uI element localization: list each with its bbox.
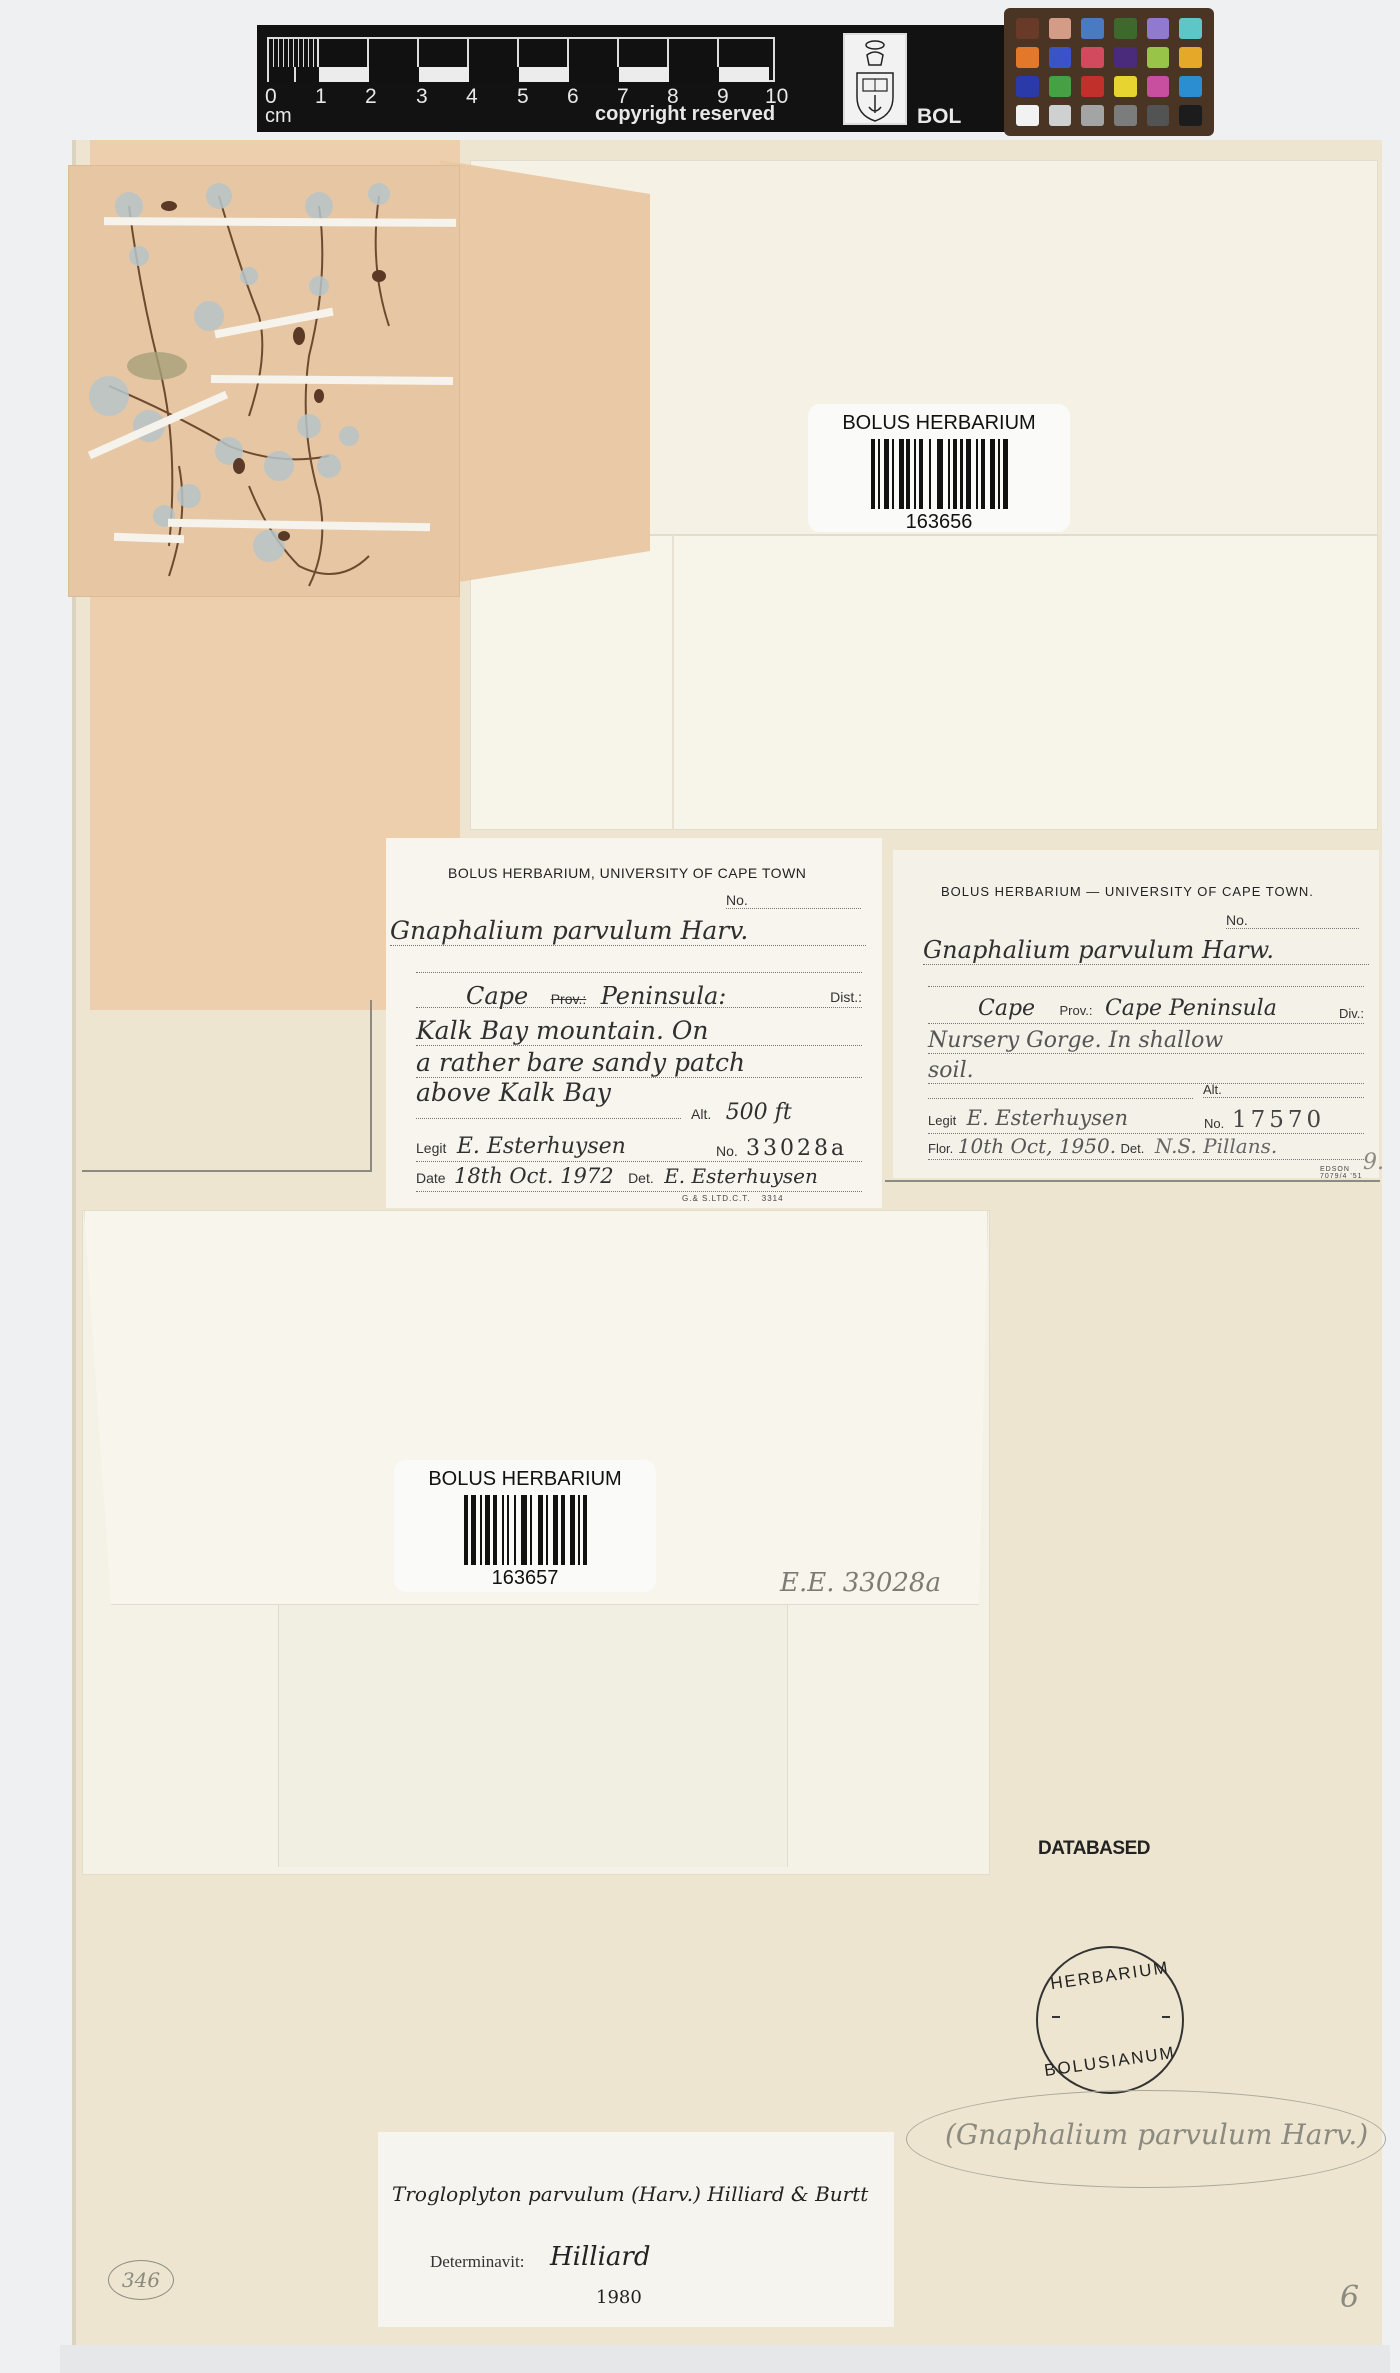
locality-line-2: soil. <box>928 1058 1364 1084</box>
determined-name: Trogloplyton parvulum (Harv.) Hilliard &… <box>392 2182 868 2206</box>
unit-label: cm <box>265 105 292 128</box>
blank-line <box>416 972 862 973</box>
color-swatch <box>1081 18 1104 39</box>
color-swatch <box>1081 47 1104 68</box>
databased-stamp: DATABASED <box>1038 1838 1150 1860</box>
color-swatch <box>1147 105 1170 126</box>
locality-line-1: Kalk Bay mountain. On <box>416 1016 862 1046</box>
stamp-dash <box>1162 2016 1170 2018</box>
determination-year: 1980 <box>596 2287 642 2308</box>
packet-pencil-note: E.E. 33028a <box>780 1568 941 1598</box>
stamp-dash <box>1052 2016 1060 2018</box>
determination-slip: Trogloplyton parvulum (Harv.) Hilliard &… <box>378 2132 894 2327</box>
color-swatch <box>1114 76 1137 97</box>
barcode-icon <box>435 1495 615 1565</box>
province-line: Cape Prov.: Peninsula: Dist.: <box>416 982 862 1008</box>
pencil-border-line <box>370 1000 372 1172</box>
legit-line: Legit E. Esterhuysen No. 33028a <box>416 1134 862 1162</box>
blank-line <box>928 986 1364 987</box>
province-line: Cape Prov.: Cape Peninsula Div.: <box>928 996 1364 1024</box>
locality-line-3: above Kalk Bay <box>416 1078 862 1107</box>
barcode-number: 163657 <box>394 1567 656 1590</box>
blank-line <box>416 1118 681 1119</box>
color-swatch <box>1049 76 1072 97</box>
barcode-icon <box>849 439 1029 509</box>
color-swatch <box>1114 105 1137 126</box>
kraft-packet-side-flap <box>440 160 650 585</box>
pencil-annotation: (Gnaphalium parvulum Harv.) <box>945 2118 1368 2151</box>
legit-line: Legit E. Esterhuysen No. 17570 <box>928 1106 1364 1134</box>
species-name: Gnaphalium parvulum Harw. <box>923 936 1369 965</box>
color-swatch <box>1049 105 1072 126</box>
color-swatch <box>1016 47 1039 68</box>
color-swatch <box>1179 105 1202 126</box>
page-number-note: 6 <box>1340 2280 1359 2315</box>
kraft-specimen-sheet <box>68 165 460 597</box>
color-swatch <box>1114 18 1137 39</box>
ruler <box>267 37 775 82</box>
color-checker-card <box>1004 8 1214 136</box>
barcode-title: BOLUS HERBARIUM <box>394 1460 656 1491</box>
number-field-label: No. <box>726 892 861 909</box>
species-name: Gnaphalium parvulum Harv. <box>390 916 866 946</box>
pencil-border-line <box>82 1170 372 1172</box>
number-field-label: No. <box>1226 912 1359 929</box>
color-swatch <box>1081 105 1104 126</box>
color-swatch <box>1179 18 1202 39</box>
color-swatch <box>1147 76 1170 97</box>
date-line: Date 18th Oct. 1972 Det. E. Esterhuysen <box>416 1164 862 1192</box>
blank-line <box>928 1098 1193 1099</box>
label-header: BOLUS HERBARIUM, UNIVERSITY OF CAPE TOWN <box>448 865 806 881</box>
packet-fold-line <box>672 535 674 830</box>
collection-label-1972: BOLUS HERBARIUM, UNIVERSITY OF CAPE TOWN… <box>386 838 882 1208</box>
color-swatch <box>1049 47 1072 68</box>
packet-inner-fold <box>278 1605 788 1867</box>
tick-label: 3 <box>416 85 428 109</box>
sheet-bottom-edge <box>60 2345 1390 2373</box>
barcode-label-top: BOLUS HERBARIUM 163656 <box>808 404 1070 532</box>
color-swatch <box>1179 47 1202 68</box>
color-swatch <box>1081 76 1104 97</box>
tick-label: 4 <box>466 85 478 109</box>
barcode-number: 163656 <box>808 511 1070 534</box>
barcode-title: BOLUS HERBARIUM <box>808 404 1070 435</box>
color-swatch <box>1179 76 1202 97</box>
locality-line-2: a rather bare sandy patch <box>416 1048 862 1078</box>
printer-mark: G.& S.LTD.C.T. 3314 <box>682 1194 784 1203</box>
circled-sheet-number: 346 <box>108 2260 174 2300</box>
color-swatch <box>1049 18 1072 39</box>
determinavit-label: Determinavit: <box>430 2252 524 2272</box>
label-header: BOLUS HERBARIUM — UNIVERSITY OF CAPE TOW… <box>941 884 1314 899</box>
packet-flap-lower <box>470 535 1378 830</box>
pencil-mark: 9. <box>1363 1150 1384 1175</box>
pencil-border-line <box>885 1180 1380 1182</box>
color-swatch <box>1016 18 1039 39</box>
tick-label: 1 <box>315 85 327 109</box>
tick-label: 5 <box>517 85 529 109</box>
collection-label-1950: BOLUS HERBARIUM — UNIVERSITY OF CAPE TOW… <box>893 850 1379 1178</box>
copyright-text: copyright reserved <box>595 103 775 126</box>
color-swatch <box>1147 18 1170 39</box>
color-swatch <box>1016 105 1039 126</box>
determiner-signature: Hilliard <box>550 2242 651 2272</box>
locality-line-1: Nursery Gorge. In shallow <box>928 1028 1364 1054</box>
color-swatch <box>1147 47 1170 68</box>
altitude-field: Alt. <box>1203 1082 1364 1098</box>
altitude-field: Alt. 500 ft <box>691 1100 792 1125</box>
tick-label: 6 <box>567 85 579 109</box>
barcode-label-bottom: BOLUS HERBARIUM 163657 <box>394 1460 656 1592</box>
color-swatch <box>1114 47 1137 68</box>
institution-code: BOL <box>917 105 961 129</box>
flowering-date-line: Flor. 10th Oct, 1950. Det. N.S. Pillans. <box>928 1134 1364 1160</box>
scale-bar: 0 1 2 3 4 5 6 7 8 9 10 cm copyright rese… <box>257 25 1005 132</box>
university-crest-icon <box>843 33 907 125</box>
herbarium-bolusianum-stamp: HERBARIUM BOLUSIANUM <box>1036 1946 1184 2094</box>
color-swatch <box>1016 76 1039 97</box>
tick-label: 2 <box>365 85 377 109</box>
